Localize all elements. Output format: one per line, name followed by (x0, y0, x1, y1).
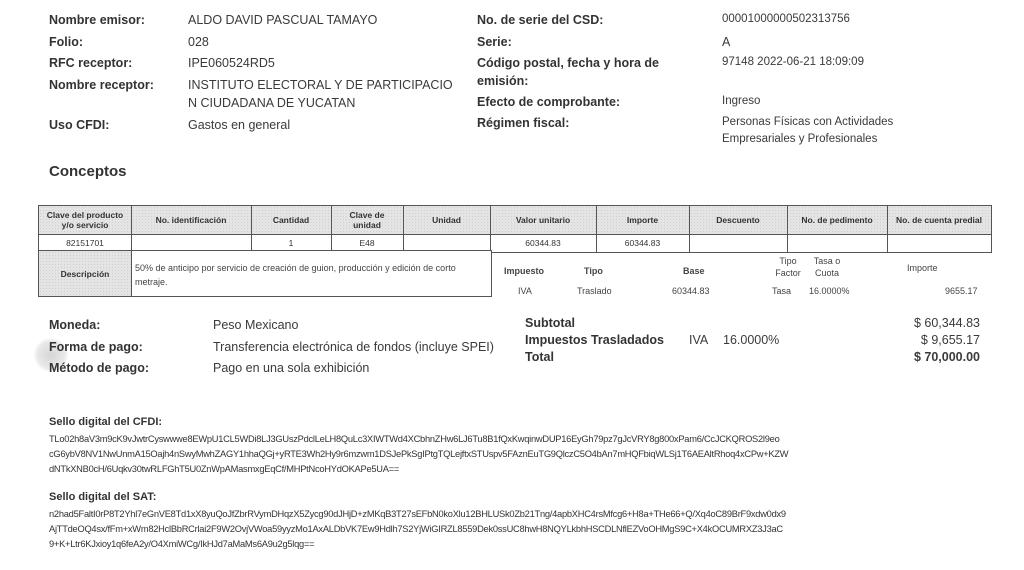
label-metodo-pago: Método de pago: (49, 361, 149, 375)
imp-td-tasa-cuota: 16.0000% (809, 286, 850, 296)
imp-th-tasa-cuota-1: Tasa o (807, 256, 847, 266)
descripcion-label: Descripción (39, 251, 131, 296)
sello-cfdi-line-3: dNTkXNB0cH/6Uqkv30twRLFGhT5U0ZnWpAMasmxg… (49, 464, 399, 474)
td-valor-unitario: 60344.83 (490, 234, 596, 252)
imp-th-tipo-factor-1: Tipo (773, 256, 803, 266)
imp-th-tipo: Tipo (584, 266, 603, 276)
label-nombre-receptor: Nombre receptor: (49, 78, 154, 92)
th-no-identificacion: No. identificación (131, 206, 251, 234)
label-regimen-fiscal: Régimen fiscal: (477, 116, 569, 130)
th-descuento: Descuento (689, 206, 787, 234)
descripcion-box: Descripción 50% de anticipo por servicio… (38, 250, 492, 297)
sello-sat-line-1: n2had5FaltI0rP8T2Yhl7eGnVE8Td1xX8yuQoJfZ… (49, 509, 786, 519)
imp-th-tipo-factor-2: Factor (773, 268, 803, 278)
sello-sat-line-2: AjTTdeOQ4sx/fFm+xWm82HclBbRCrlai2F9W2Ovj… (49, 524, 783, 534)
td-descuento (689, 234, 787, 252)
conceptos-table: Clave del producto y/o servicio No. iden… (38, 205, 992, 253)
label-rfc-receptor: RFC receptor: (49, 56, 132, 70)
value-impuestos: $ 9,655.17 (921, 333, 980, 347)
value-total: $ 70,000.00 (914, 350, 980, 364)
label-moneda: Moneda: (49, 318, 100, 332)
th-clave-producto: Clave del producto y/o servicio (39, 206, 131, 234)
imp-td-impuesto: IVA (518, 286, 532, 296)
td-no-pedimento (787, 234, 887, 252)
label-serie: Serie: (477, 35, 512, 49)
sello-cfdi-title: Sello digital del CFDI: (49, 416, 162, 428)
td-no-cuenta-predial (887, 234, 991, 252)
label-folio: Folio: (49, 35, 83, 49)
label-emision: emisión: (477, 74, 528, 88)
th-clave-unidad: Clave de unidad (331, 206, 403, 234)
th-valor-unitario: Valor unitario (490, 206, 596, 234)
sello-sat-line-3: 9+K+Ltr6KJxioy1q6feA2y/O4XmiWCg/IkHJd7aM… (49, 539, 314, 549)
th-clave-producto-line1: Clave del producto (47, 210, 124, 220)
sello-cfdi-line-2: cG6ybV8NV1NwUnmA15Oajh4nSwyMwhZAGY1hhaQG… (49, 449, 788, 459)
value-subtotal: $ 60,344.83 (914, 316, 980, 330)
value-forma-pago: Transferencia electrónica de fondos (inc… (213, 340, 494, 354)
label-impuestos-trasladados: Impuestos Trasladados (525, 333, 664, 347)
value-moneda: Peso Mexicano (213, 318, 298, 332)
value-impuestos-tipo: IVA (689, 333, 708, 347)
sello-sat-title: Sello digital del SAT: (49, 491, 156, 503)
value-nombre-receptor: INSTITUTO ELECTORAL Y DE PARTICIPACIO (188, 78, 453, 92)
imp-th-base: Base (683, 266, 705, 276)
imp-td-tipo-factor: Tasa (772, 286, 791, 296)
th-clave-unidad-line1: Clave de (350, 210, 385, 220)
label-uso-cfdi: Uso CFDI: (49, 118, 109, 132)
value-nombre-receptor-line2: N CIUDADANA DE YUCATAN (188, 96, 355, 110)
value-impuestos-tasa: 16.0000% (723, 333, 779, 347)
th-clave-unidad-line2: unidad (353, 220, 381, 230)
conceptos-title: Conceptos (49, 163, 127, 180)
value-rfc-receptor: IPE060524RD5 (188, 56, 275, 70)
th-clave-producto-line2: y/o servicio (62, 220, 109, 230)
imp-td-base: 60344.83 (672, 286, 710, 296)
value-regimen-fiscal-line2: Empresariales y Profesionales (722, 133, 877, 145)
descripcion-text-line2: metraje. (135, 277, 168, 287)
label-forma-pago: Forma de pago: (49, 340, 143, 354)
th-unidad: Unidad (403, 206, 490, 234)
imp-th-importe: Importe (907, 263, 938, 273)
sello-cfdi-line-1: TLo02h8aV3m9cK9vJwtrCyswwwe8EWpU1CL5WDi8… (49, 434, 780, 444)
label-serie-csd: No. de serie del CSD: (477, 13, 603, 27)
imp-td-importe: 9655.17 (945, 286, 978, 296)
value-efecto-comprobante: Ingreso (722, 95, 760, 107)
th-no-cuenta-predial: No. de cuenta predial (887, 206, 991, 234)
th-no-pedimento: No. de pedimento (787, 206, 887, 234)
value-folio: 028 (188, 35, 209, 49)
value-serie: A (722, 35, 730, 49)
label-nombre-emisor: Nombre emisor: (49, 13, 145, 27)
imp-th-impuesto: Impuesto (504, 266, 544, 276)
value-uso-cfdi: Gastos en general (188, 118, 290, 132)
label-codigo-postal-fecha: Código postal, fecha y hora de (477, 56, 659, 70)
imp-td-tipo: Traslado (577, 286, 612, 296)
imp-th-tasa-cuota-2: Cuota (807, 268, 847, 278)
th-importe: Importe (596, 206, 689, 234)
value-regimen-fiscal: Personas Físicas con Actividades (722, 116, 893, 128)
label-efecto-comprobante: Efecto de comprobante: (477, 95, 620, 109)
label-subtotal: Subtotal (525, 316, 575, 330)
value-serie-csd: 00001000000502313756 (722, 13, 850, 25)
value-nombre-emisor: ALDO DAVID PASCUAL TAMAYO (188, 13, 377, 27)
td-importe: 60344.83 (596, 234, 689, 252)
label-total: Total (525, 350, 554, 364)
th-cantidad: Cantidad (251, 206, 331, 234)
descripcion-text-line1: 50% de anticipo por servicio de creación… (135, 263, 456, 273)
value-codigo-postal-fecha: 97148 2022-06-21 18:09:09 (722, 56, 864, 68)
value-metodo-pago: Pago en una sola exhibición (213, 361, 369, 375)
